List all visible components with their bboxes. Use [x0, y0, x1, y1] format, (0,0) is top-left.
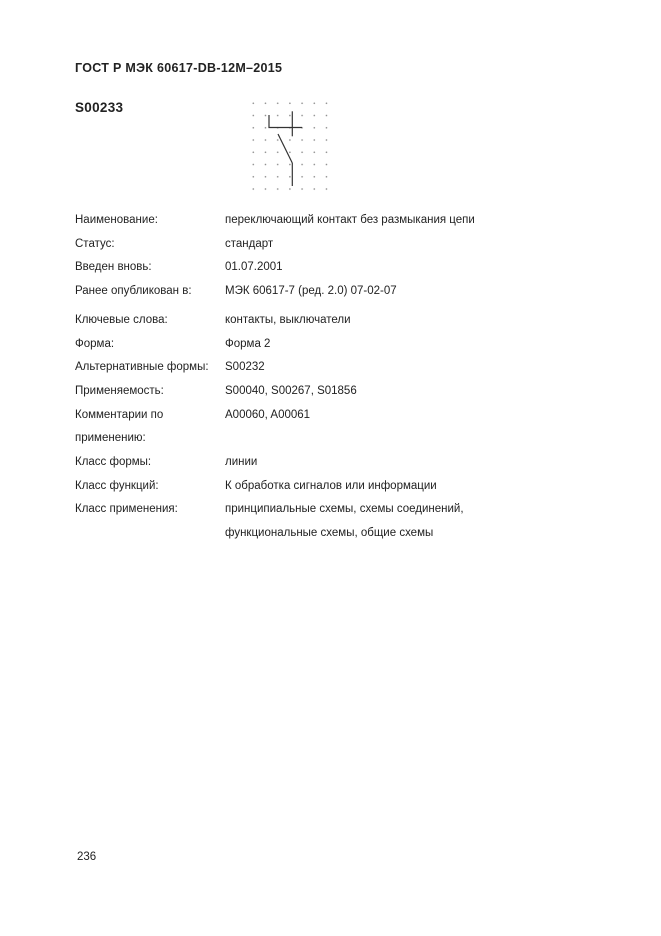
field-label: Наименование:	[75, 209, 220, 233]
document-page: ГОСТ Р МЭК 60617-DB-12M–2015 S00233 Наим…	[0, 0, 661, 936]
field-label: Класс формы:	[75, 451, 220, 475]
field-label: Ключевые слова:	[75, 309, 220, 333]
field-row: Альтернативные формы: S00232	[75, 356, 545, 380]
field-row: Класс формы: линии	[75, 451, 545, 475]
dot-grid	[250, 100, 330, 193]
field-label: Класс применения:	[75, 498, 220, 522]
changeover-contact-symbol-diagram	[250, 100, 330, 193]
field-label: Комментарии по применению:	[75, 404, 220, 451]
page-number: 236	[77, 851, 96, 863]
field-row: Статус: стандарт	[75, 233, 545, 257]
field-row: Класс функций: К обработка сигналов или …	[75, 475, 545, 499]
document-title: ГОСТ Р МЭК 60617-DB-12M–2015	[75, 61, 282, 75]
field-value: принципиальные схемы, схемы соединений, …	[225, 498, 535, 545]
field-row: Комментарии по применению: A00060, A0006…	[75, 404, 545, 451]
field-value: Форма 2	[225, 333, 535, 357]
field-label: Введен вновь:	[75, 256, 220, 280]
field-label: Форма:	[75, 333, 220, 357]
field-value: К обработка сигналов или информации	[225, 475, 535, 499]
field-label: Альтернативные формы:	[75, 356, 220, 380]
attributes-list: Наименование: переключающий контакт без …	[75, 209, 545, 546]
field-row: Применяемость: S00040, S00267, S01856	[75, 380, 545, 404]
field-row: Форма: Форма 2	[75, 333, 545, 357]
symbol-id: S00233	[75, 100, 123, 115]
attributes-section-1: Наименование: переключающий контакт без …	[75, 209, 545, 304]
field-label: Ранее опубликован в:	[75, 280, 220, 304]
field-value: A00060, A00061	[225, 404, 535, 428]
field-row: Наименование: переключающий контакт без …	[75, 209, 545, 233]
field-row: Введен вновь: 01.07.2001	[75, 256, 545, 280]
field-row: Ключевые слова: контакты, выключатели	[75, 309, 545, 333]
field-value: МЭК 60617-7 (ред. 2.0) 07-02-07	[225, 280, 535, 304]
field-value: контакты, выключатели	[225, 309, 535, 333]
attributes-section-2: Ключевые слова: контакты, выключатели Фо…	[75, 309, 545, 546]
field-label: Класс функций:	[75, 475, 220, 499]
field-value: S00040, S00267, S01856	[225, 380, 535, 404]
field-value: S00232	[225, 356, 535, 380]
field-value: переключающий контакт без размыкания цеп…	[225, 209, 535, 233]
field-value: линии	[225, 451, 535, 475]
field-label: Применяемость:	[75, 380, 220, 404]
field-row: Ранее опубликован в: МЭК 60617-7 (ред. 2…	[75, 280, 545, 304]
field-label: Статус:	[75, 233, 220, 257]
field-row: Класс применения: принципиальные схемы, …	[75, 498, 545, 545]
field-value: стандарт	[225, 233, 535, 257]
field-value: 01.07.2001	[225, 256, 535, 280]
